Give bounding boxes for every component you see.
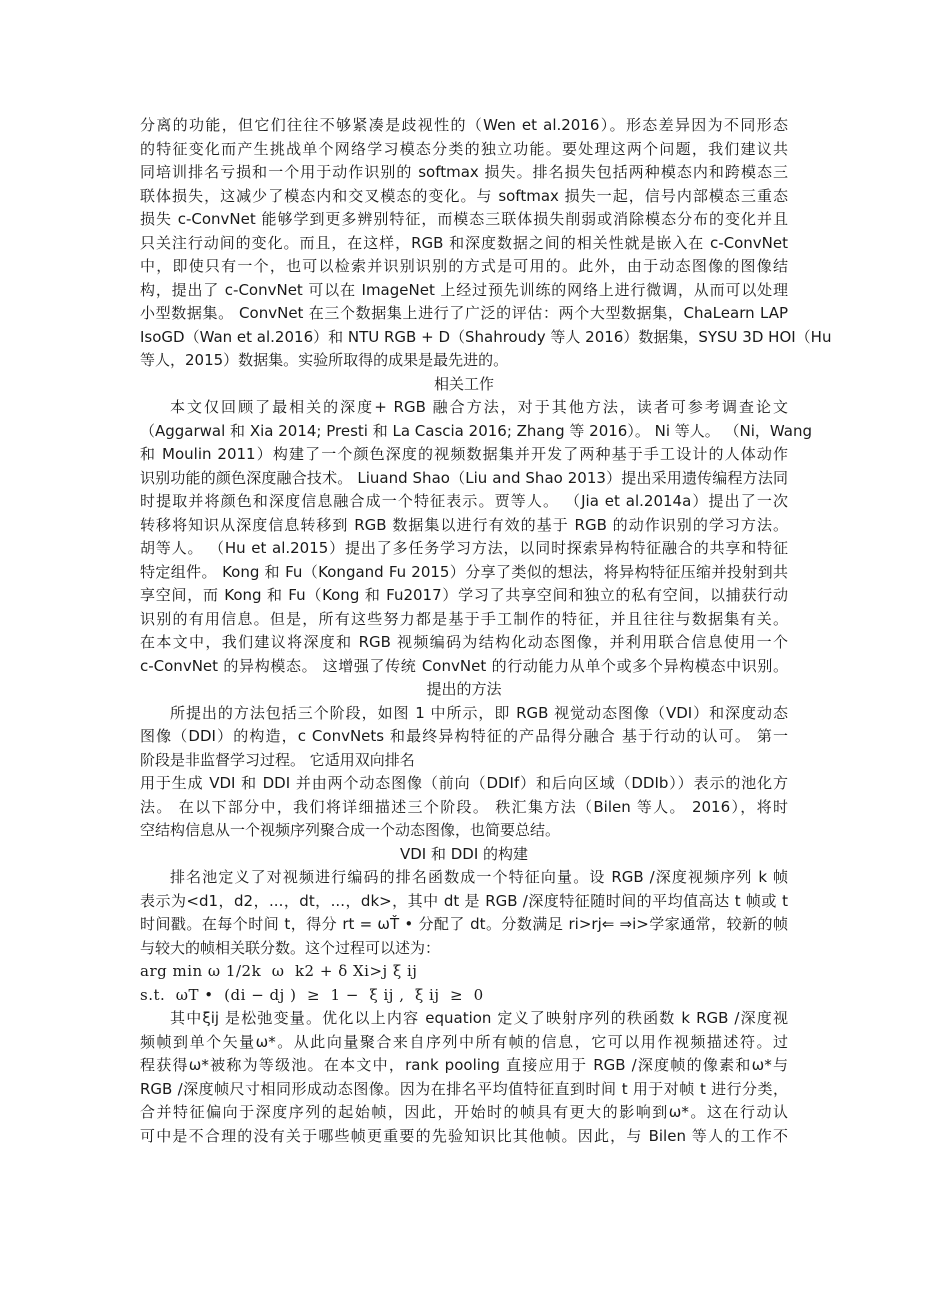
document-page: 分离的功能，但它们往往不够紧凑是歧视性的（Wen et al.2016）。形态差… [140, 114, 788, 1148]
text-line: 分离的功能，但它们往往不够紧凑是歧视性的（Wen et al.2016）。形态差… [140, 114, 788, 138]
equation-objective: arg min ω 1/2k ω k2 + δ Xi>j ξ ij [140, 960, 788, 984]
text-line: IsoGD（Wan et al.2016）和 NTU RGB + D（Shahr… [140, 326, 788, 350]
vdi-ddi-continuation-paragraph: 其中ξij 是松弛变量。优化以上内容 equation 定义了映射序列的秩函数 … [140, 1007, 788, 1148]
text-line: 所提出的方法包括三个阶段，如图 1 中所示，即 RGB 视觉动态图像（VDI）和… [140, 702, 788, 726]
text-line: 时提取并将颜色和深度信息融合成一个特征表示。贾等人。 （Jia et al.20… [140, 490, 788, 514]
section-heading-related-work: 相关工作 [140, 373, 788, 397]
text-line: 在本文中，我们建议将深度和 RGB 视频编码为结构化动态图像，并利用联合信息使用… [140, 631, 788, 655]
text-line: RGB /深度帧尺寸相同形成动态图像。因为在排名平均值特征直到时间 t 用于对帧… [140, 1078, 788, 1102]
text-line: 只关注行动间的变化。而且，在这样，RGB 和深度数据之间的相关性就是嵌入在 c-… [140, 232, 788, 256]
text-line: 图像（DDI）的构造，c ConvNets 和最终异构特征的产品得分融合 基于行… [140, 725, 788, 749]
text-line: 特定组件。 Kong 和 Fu（Kongand Fu 2015）分享了类似的想法… [140, 561, 788, 585]
equation-constraint: s.t. ωT • (di − dj ) ≥ 1 − ξ ij , ξ ij ≥… [140, 984, 788, 1008]
related-work-paragraph: 本文仅回顾了最相关的深度+ RGB 融合方法，对于其他方法，读者可参考调查论文 … [140, 396, 788, 678]
text-line: 阶段是非监督学习过程。 它适用双向排名 [140, 749, 788, 773]
text-line: 等人，2015）数据集。实验所取得的成果是最先进的。 [140, 349, 788, 373]
text-line: 本文仅回顾了最相关的深度+ RGB 融合方法，对于其他方法，读者可参考调查论文 [140, 396, 788, 420]
text-line: 识别功能的颜色深度融合技术。 Liuand Shao（Liu and Shao … [140, 467, 788, 491]
text-line: 的特征变化而产生挑战单个网络学习模态分类的独立功能。要处理这两个问题，我们建议共 [140, 138, 788, 162]
text-line: 空结构信息从一个视频序列聚合成一个动态图像，也简要总结。 [140, 819, 788, 843]
text-line: 与较大的帧相关联分数。这个过程可以述为： [140, 937, 788, 961]
section-heading-vdi-ddi: VDI 和 DDI 的构建 [140, 843, 788, 867]
text-line: 享空间，而 Kong 和 Fu（Kong 和 Fu2017）学习了共享空间和独立… [140, 584, 788, 608]
text-line: 法。 在以下部分中，我们将详细描述三个阶段。 秩汇集方法（Bilen 等人。 2… [140, 796, 788, 820]
text-line: c-ConvNet 的异构模态。 这增强了传统 ConvNet 的行动能力从单个… [140, 655, 788, 679]
text-line: 表示为<d1，d2，...，dt，...，dk>，其中 dt 是 RGB /深度… [140, 890, 788, 914]
text-line: 损失 c-ConvNet 能够学到更多辨别特征，而模态三联体损失削弱或消除模态分… [140, 208, 788, 232]
text-line: 和 Moulin 2011）构建了一个颜色深度的视频数据集并开发了两种基于手工设… [140, 443, 788, 467]
text-line: 频帧到单个矢量ω*。从此向量聚合来自序列中所有帧的信息，它可以用作视频描述符。过 [140, 1031, 788, 1055]
text-line: 其中ξij 是松弛变量。优化以上内容 equation 定义了映射序列的秩函数 … [140, 1007, 788, 1031]
text-line: 胡等人。 （Hu et al.2015）提出了多任务学习方法，以同时探索异构特征… [140, 537, 788, 561]
text-line: 程获得ω*被称为等级池。在本文中，rank pooling 直接应用于 RGB … [140, 1054, 788, 1078]
equation-block: arg min ω 1/2k ω k2 + δ Xi>j ξ ij s.t. ω… [140, 960, 788, 1007]
text-line: 小型数据集。 ConvNet 在三个数据集上进行了广泛的评估：两个大型数据集，C… [140, 302, 788, 326]
text-line: 时间戳。在每个时间 t，得分 rt = ωŤ • 分配了 dt。分数满足 ri>… [140, 913, 788, 937]
text-line: 排名池定义了对视频进行编码的排名函数成一个特征向量。设 RGB /深度视频序列 … [140, 866, 788, 890]
proposed-method-paragraph: 所提出的方法包括三个阶段，如图 1 中所示，即 RGB 视觉动态图像（VDI）和… [140, 702, 788, 843]
vdi-ddi-paragraph: 排名池定义了对视频进行编码的排名函数成一个特征向量。设 RGB /深度视频序列 … [140, 866, 788, 960]
text-line: 构，提出了 c-ConvNet 可以在 ImageNet 上经过预先训练的网络上… [140, 279, 788, 303]
text-line: 可中是不合理的没有关于哪些帧更重要的先验知识比其他帧。因此，与 Bilen 等人… [140, 1125, 788, 1149]
text-line: 中，即使只有一个，也可以检索并识别识别的方式是可用的。此外，由于动态图像的图像结 [140, 255, 788, 279]
text-line: 同培训排名亏损和一个用于动作识别的 softmax 损失。排名损失包括两种模态内… [140, 161, 788, 185]
text-line: （Aggarwal 和 Xia 2014; Presti 和 La Cascia… [140, 420, 788, 444]
intro-paragraph: 分离的功能，但它们往往不够紧凑是歧视性的（Wen et al.2016）。形态差… [140, 114, 788, 373]
text-line: 联体损失，这减少了模态内和交叉模态的变化。与 softmax 损失一起，信号内部… [140, 185, 788, 209]
text-line: 合并特征偏向于深度序列的起始帧，因此，开始时的帧具有更大的影响到ω*。这在行动认 [140, 1101, 788, 1125]
text-line: 转移将知识从深度信息转移到 RGB 数据集以进行有效的基于 RGB 的动作识别的… [140, 514, 788, 538]
section-heading-proposed-method: 提出的方法 [140, 678, 788, 702]
text-line: 用于生成 VDI 和 DDI 并由两个动态图像（前向（DDIf）和后向区域（DD… [140, 772, 788, 796]
text-line: 识别的有用信息。但是，所有这些努力都是基于手工制作的特征，并且往往与数据集有关。 [140, 608, 788, 632]
